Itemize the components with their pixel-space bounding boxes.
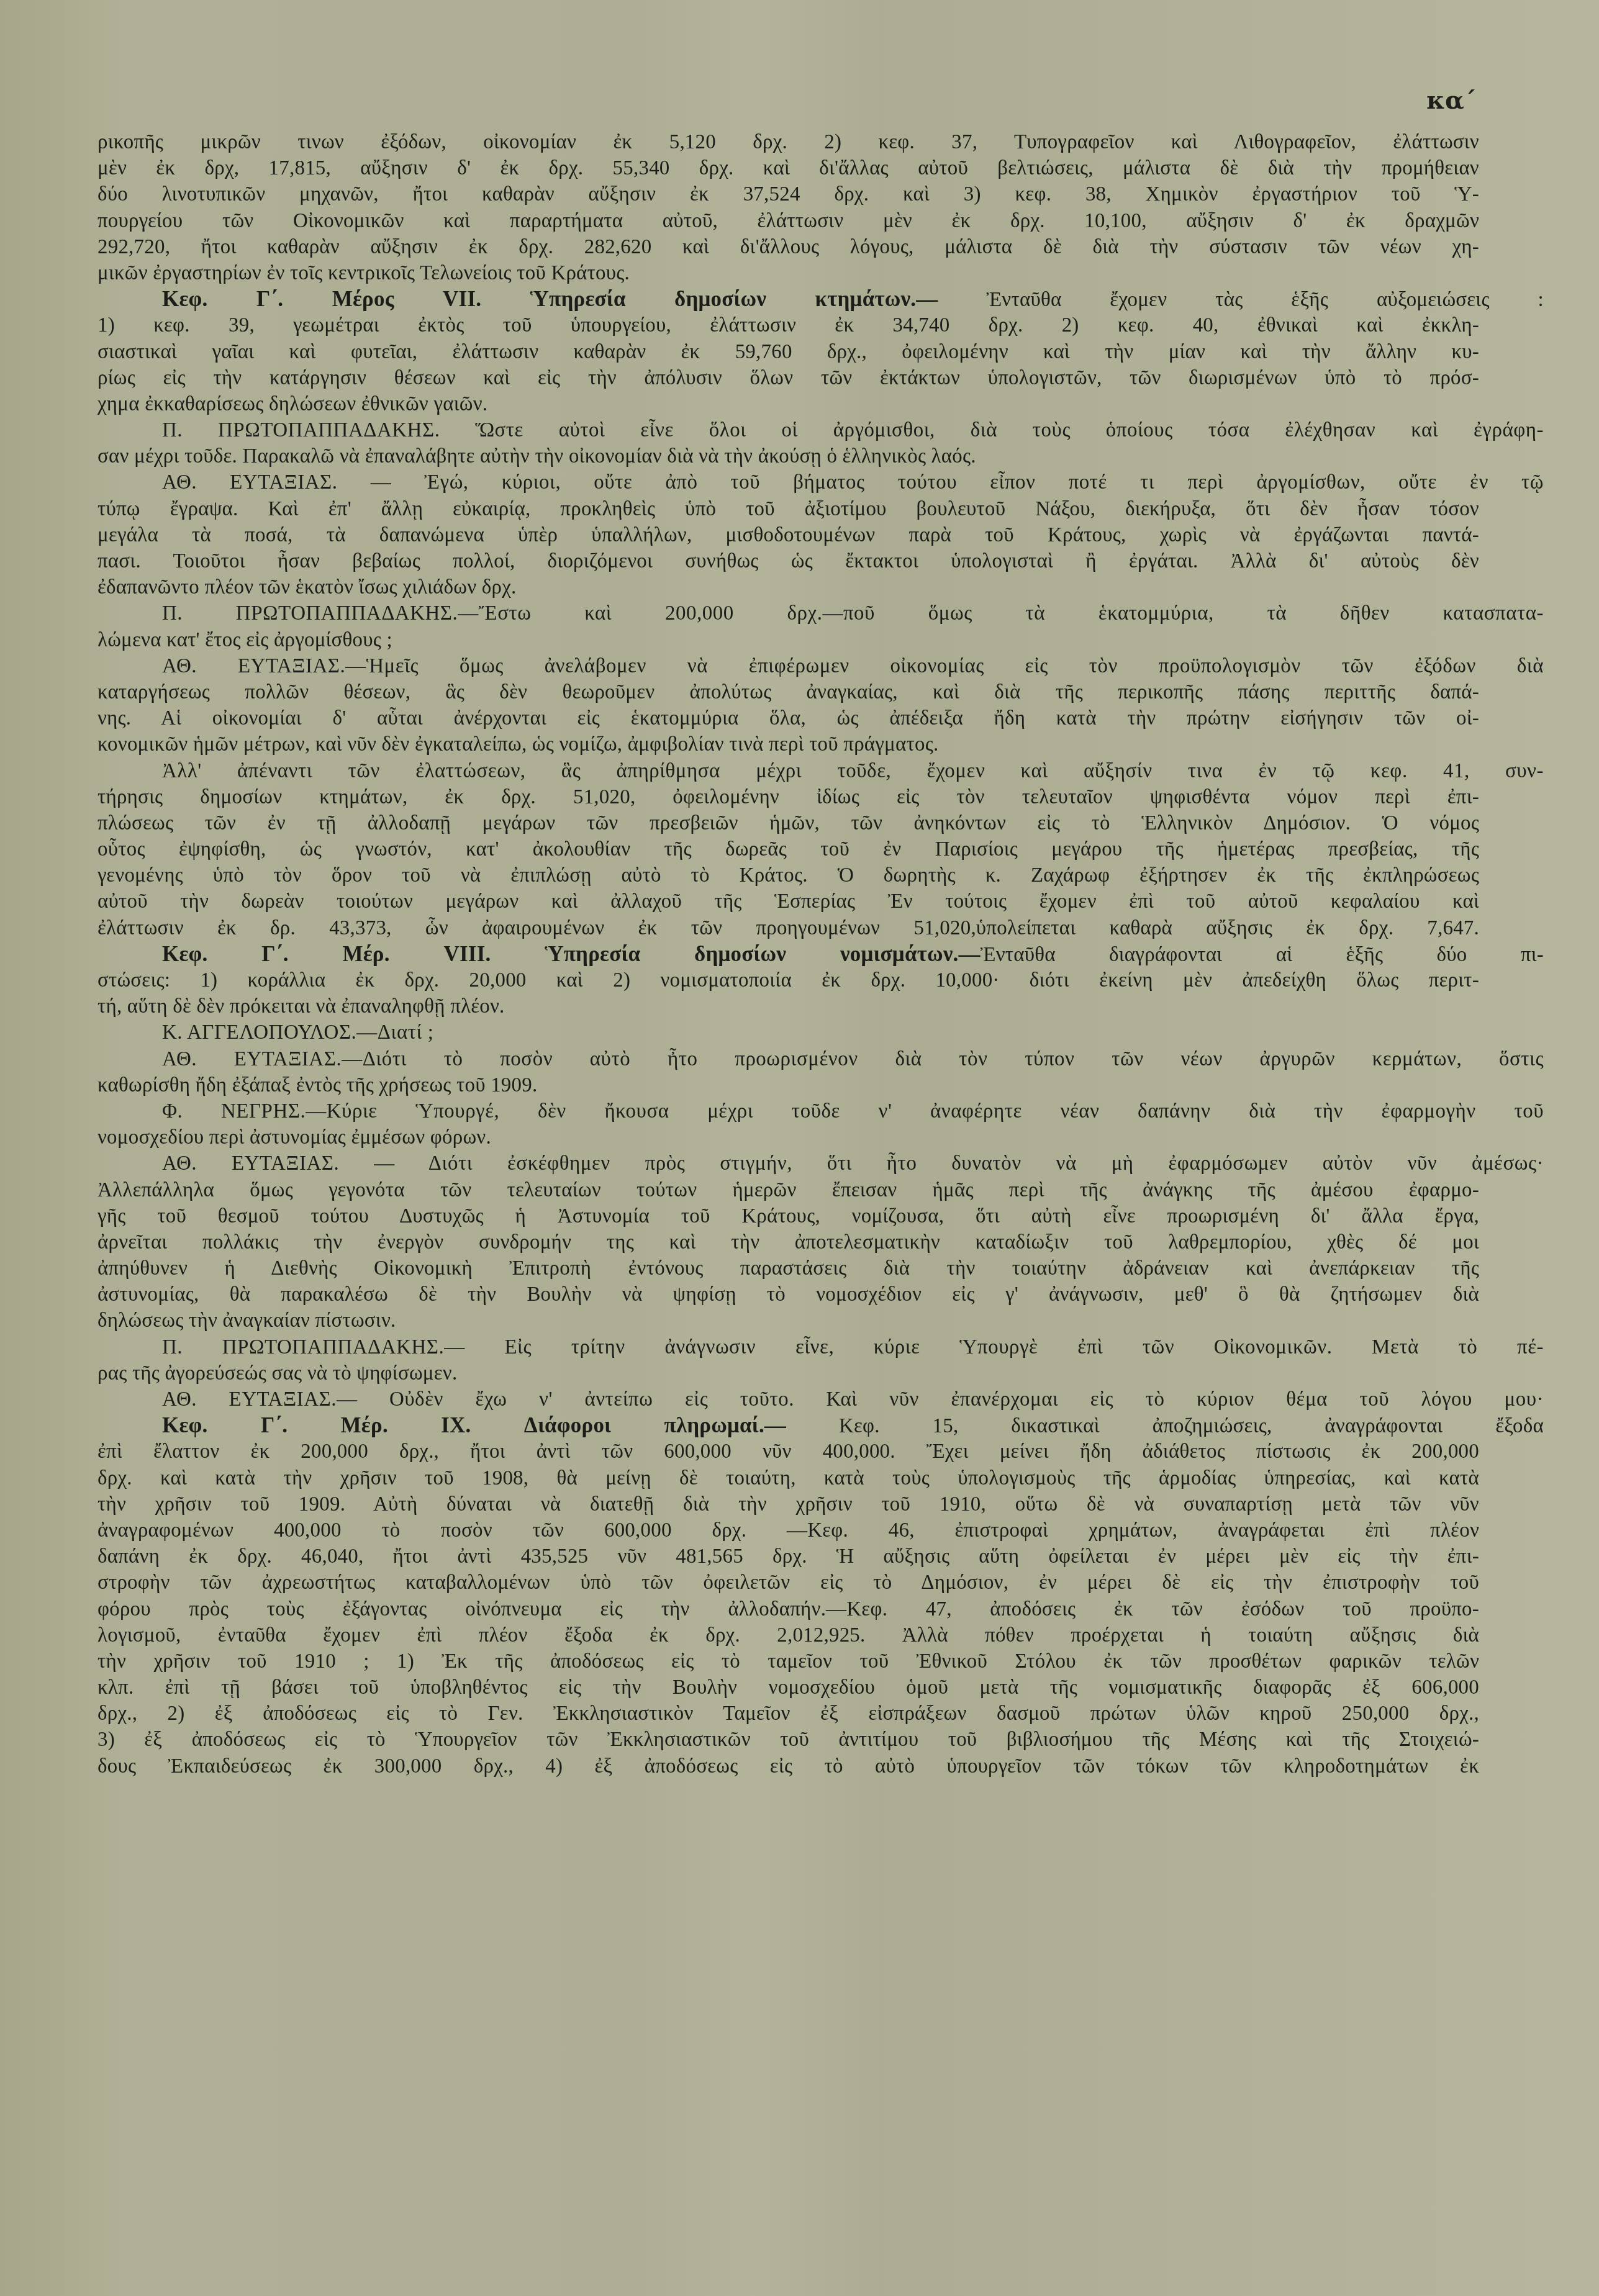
- body-line: τύπῳ ἔγραψα. Καὶ ἐπ' ἄλλῃ εὐκαιρίᾳ, προκ…: [97, 496, 1479, 522]
- body-line: τὴν χρῆσιν τοῦ 1910 ; 1) Ἐκ τῆς ἀποδόσεω…: [97, 1648, 1479, 1675]
- body-line: Ἀλλεπάλληλα ὅμως γεγονότα τῶν τελευταίων…: [97, 1177, 1479, 1203]
- body-line: δρχ. καὶ κατὰ τὴν χρῆσιν τοῦ 1908, θὰ με…: [97, 1465, 1479, 1491]
- section-heading-line: Κεφ. Γ΄. Μέρος VII. Ὑπηρεσία δημοσίων κτ…: [97, 286, 1544, 312]
- body-line: ἐλάττωσιν ἐκ δρ. 43,373, ὧν ἀφαιρουμένων…: [97, 915, 1479, 941]
- speaker-line: Π. ΠΡΩΤΟΠΑΠΠΑΔΑΚΗΣ.— Εἰς τρίτην ἀνάγνωσι…: [97, 1334, 1544, 1360]
- body-line: γῆς τοῦ θεσμοῦ τούτου Δυστυχῶς ἡ Ἀστυνομ…: [97, 1203, 1479, 1229]
- speaker-line: ΑΘ. ΕΥΤΑΞΙΑΣ.—Διότι τὸ ποσὸν αὐτὸ ἦτο πρ…: [97, 1046, 1544, 1072]
- speaker-line: ΑΘ. ΕΥΤΑΞΙΑΣ. — Ἐγώ, κύριοι, οὔτε ἀπὸ το…: [97, 469, 1544, 495]
- section-heading: Κεφ. Γ΄. Μέρος VII. Ὑπηρεσία δημοσίων κτ…: [162, 287, 938, 311]
- body-line: 292,720, ἤτοι καθαρὰν αὔξησιν ἐκ δρχ. 28…: [97, 234, 1479, 260]
- body-line: πουργείου τῶν Οἰκονομικῶν καὶ παραρτήματ…: [97, 208, 1479, 234]
- section-heading-line: Κεφ. Γ΄. Μέρ. IX. Διάφοροι πληρωμαί.— Κε…: [97, 1412, 1544, 1439]
- body-line: δύο λινοτυπικῶν μηχανῶν, ἤτοι καθαρὰν αὔ…: [97, 181, 1479, 207]
- body-line: μεγάλα τὰ ποσά, τὰ δαπανώμενα ὑπὲρ ὑπαλλ…: [97, 522, 1479, 548]
- body-line: ἀρνεῖται πολλάκις τὴν ἐνεργὸν συνδρομήν …: [97, 1229, 1479, 1255]
- body-line: σιαστικαὶ γαῖαι καὶ φυτεῖαι, ἐλάττωσιν κ…: [97, 339, 1479, 365]
- speaker-line: ΑΘ. ΕΥΤΑΞΙΑΣ. — Διότι ἐσκέφθημεν πρὸς στ…: [97, 1150, 1544, 1177]
- body-line: στώσεις: 1) κοράλλια ἐκ δρχ. 20,000 καὶ …: [97, 967, 1479, 993]
- body-line: πλώσεως τῶν ἐν τῇ ἀλλοδαπῇ μεγάρων τῶν π…: [97, 810, 1479, 836]
- body-line: λογισμοῦ, ἐνταῦθα ἔχομεν ἐπὶ πλέον ἔξοδα…: [97, 1622, 1479, 1648]
- body-line: ρας τῆς ἀγορεύσεώς σας νὰ τὸ ψηφίσωμεν.: [97, 1360, 1479, 1386]
- body-line: δαπάνη ἐκ δρχ. 46,040, ἤτοι ἀντὶ 435,525…: [97, 1543, 1479, 1570]
- speaker-line: Κ. ΑΓΓΕΛΟΠΟΥΛΟΣ.—Διατί ;: [97, 1019, 1479, 1046]
- section-heading-text: Κεφ. 15, δικαστικαὶ ἀποζημιώσεις, ἀναγρά…: [786, 1415, 1544, 1437]
- body-line: δηλώσεως τὴν ἀναγκαίαν πίστωσιν.: [97, 1308, 1479, 1334]
- speaker-line: Φ. ΝΕΓΡΗΣ.—Κύριε Ὑπουργέ, δὲν ἤκουσα μέχ…: [97, 1098, 1544, 1124]
- body-line: κλπ. ἐπὶ τῇ βάσει τοῦ ὑποβληθέντος εἰς τ…: [97, 1675, 1479, 1701]
- body-line: ἐπὶ ἔλαττον ἐκ 200,000 δρχ., ἤτοι ἀντὶ τ…: [97, 1439, 1479, 1465]
- body-line: τὴν χρῆσιν τοῦ 1909. Αὐτὴ δύναται νὰ δια…: [97, 1491, 1479, 1517]
- body-line: αὐτοῦ τὴν δωρεὰν τοιούτων μεγάρων καὶ ἀλ…: [97, 888, 1479, 915]
- body-line: μικῶν ἐργαστηρίων ἐν τοῖς κεντρικοῖς Τελ…: [97, 260, 1479, 286]
- section-heading-text: Ἐνταῦθα διαγράφονται αἱ ἑξῆς δύο πι-: [981, 944, 1544, 966]
- section-heading-line: Κεφ. Γ΄. Μέρ. VIII. Ὑπηρεσία δημοσίων νο…: [97, 941, 1544, 967]
- body-line: φόρου πρὸς τοὺς ἐξάγοντας οἰνόπνευμα εἰς…: [97, 1596, 1479, 1622]
- speaker-line: ΑΘ. ΕΥΤΑΞΙΑΣ.—Ἡμεῖς ὅμως ἀνελάβομεν νὰ ἐ…: [97, 653, 1544, 679]
- speaker-line: Π. ΠΡΩΤΟΠΑΠΠΑΔΑΚΗΣ.—Ἔστω καὶ 200,000 δρχ…: [97, 600, 1544, 626]
- speaker-line: ΑΘ. ΕΥΤΑΞΙΑΣ.— Οὐδὲν ἔχω ν' ἀντείπω εἰς …: [97, 1386, 1544, 1412]
- body-line: ρικοπῆς μικρῶν τινων ἐξόδων, οἰκονομίαν …: [97, 129, 1479, 155]
- body-line: λώμενα κατ' ἔτος εἰς ἀργομίσθους ;: [97, 627, 1479, 653]
- body-line: μὲν ἐκ δρχ, 17,815, αὔξησιν δ' ἐκ δρχ. 5…: [97, 155, 1479, 181]
- body-line: κονομικῶν ἡμῶν μέτρων, καὶ νῦν δὲν ἐγκατ…: [97, 731, 1479, 757]
- body-line: ἀπηύθυνεν ἡ Διεθνὴς Οἰκονομικὴ Ἐπιτροπὴ …: [97, 1255, 1479, 1281]
- section-heading: Κεφ. Γ΄. Μέρ. VIII. Ὑπηρεσία δημοσίων νο…: [162, 942, 981, 966]
- body-line: καταργήσεως πολλῶν θέσεων, ἃς δὲν θεωροῦ…: [97, 679, 1479, 705]
- body-line: ἀστυνομίας, θὰ παρακαλέσω δὲ τὴν Βουλὴν …: [97, 1281, 1479, 1308]
- body-line: σαν μέχρι τοῦδε. Παρακαλῶ νὰ ἐπαναλάβητε…: [97, 443, 1479, 469]
- document-body: ρικοπῆς μικρῶν τινων ἐξόδων, οἰκονομίαν …: [97, 129, 1479, 1779]
- body-line: οὗτος ἐψηφίσθη, ὡς γνωστόν, κατ' ἀκολουθ…: [97, 836, 1479, 862]
- page-number: κα΄: [1426, 86, 1477, 115]
- body-line: τήρησις δημοσίων κτημάτων, ἐκ δρχ. 51,02…: [97, 784, 1479, 810]
- body-line: νομοσχεδίου περὶ ἀστυνομίας ἐμμέσων φόρω…: [97, 1124, 1479, 1150]
- body-line: ἀναγραφομένων 400,000 τὸ ποσὸν τῶν 600,0…: [97, 1517, 1479, 1543]
- body-line: ρίως εἰς τὴν κατάργησιν θέσεων καὶ εἰς τ…: [97, 365, 1479, 391]
- body-line: δρχ., 2) ἐξ ἀποδόσεως εἰς τὸ Γεν. Ἐκκλησ…: [97, 1701, 1479, 1727]
- body-line: τή, αὕτη δὲ δὲν πρόκειται νὰ ἐπαναληφθῇ …: [97, 993, 1479, 1019]
- section-heading: Κεφ. Γ΄. Μέρ. IX. Διάφοροι πληρωμαί.—: [162, 1413, 786, 1437]
- body-line: χημα ἐκκαθαρίσεως δηλώσεων ἐθνικῶν γαιῶν…: [97, 391, 1479, 417]
- body-line: ἐδαπανῶντο πλέον τῶν ἑκατὸν ἴσως χιλιάδω…: [97, 574, 1479, 600]
- body-line: νης. Αἱ οἰκονομίαι δ' αὗται ἀνέρχονται ε…: [97, 705, 1479, 731]
- body-line: γενομένης ὑπὸ τὸν ὅρον τοῦ νὰ ἐπιπλώσῃ α…: [97, 862, 1479, 888]
- speaker-line: Π. ΠΡΩΤΟΠΑΠΠΑΔΑΚΗΣ. Ὥστε αὐτοὶ εἶνε ὅλοι…: [97, 417, 1544, 443]
- body-line: πασι. Τοιοῦτοι ἦσαν βεβαίως πολλοί, διορ…: [97, 548, 1479, 574]
- body-line: 1) κεφ. 39, γεωμέτραι ἐκτὸς τοῦ ὑπουργεί…: [97, 312, 1479, 338]
- speaker-line: Ἀλλ' ἀπέναντι τῶν ἐλαττώσεων, ἃς ἀπηρίθμ…: [97, 758, 1544, 784]
- body-line: δους Ἐκπαιδεύσεως ἐκ 300,000 δρχ., 4) ἐξ…: [97, 1753, 1479, 1779]
- section-heading-text: Ἐνταῦθα ἔχομεν τὰς ἑξῆς αὐξομειώσεις :: [938, 289, 1544, 311]
- body-line: καθωρίσθη ἤδη ἐξάπαξ ἐντὸς τῆς χρήσεως τ…: [97, 1072, 1479, 1098]
- body-line: 3) ἐξ ἀποδόσεως εἰς τὸ Ὑπουργεῖον τῶν Ἐκ…: [97, 1727, 1479, 1753]
- body-line: στροφὴν τῶν ἀχρεωστήτως καταβαλλομένων ὑ…: [97, 1570, 1479, 1596]
